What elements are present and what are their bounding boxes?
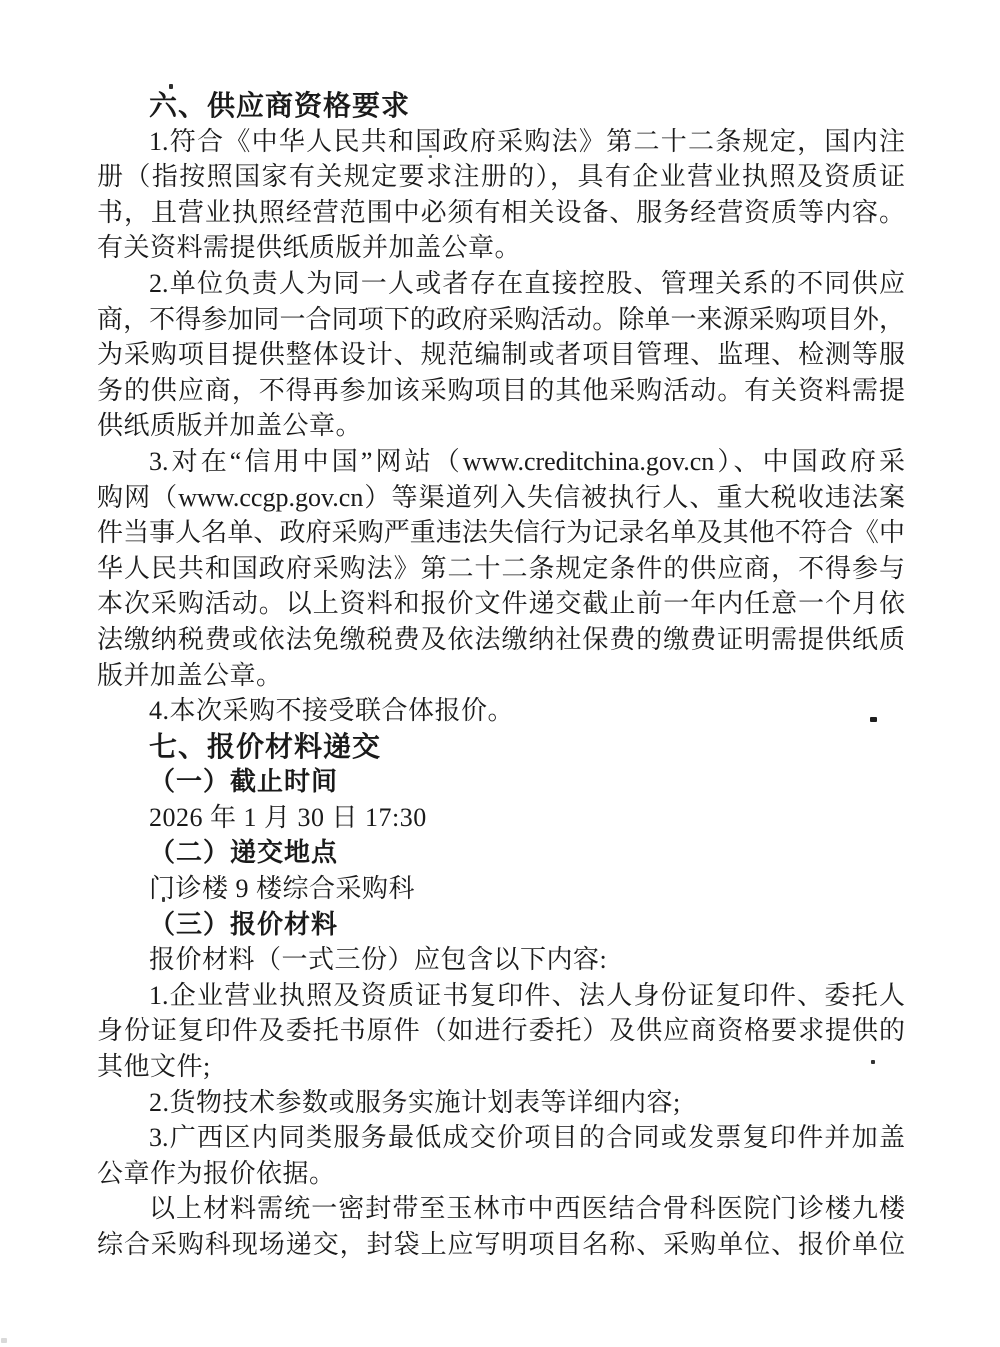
s6-p2-line: 为采购项目提供整体设计、规范编制或者项目管理、监理、检测等服 — [97, 337, 905, 373]
location-value: 门诊楼 9 楼综合采购科 — [97, 871, 905, 907]
s6-p3-line: 法缴纳税费或依法免缴税费及依法缴纳社保费的缴费证明需提供纸质 — [97, 622, 905, 658]
s6-p3-line: 3.对在“信用中国”网站（www.creditchina.gov.cn）、中国政… — [97, 444, 905, 480]
s6-p1-line: 书，且营业执照经营范围中必须有相关设备、服务经营资质等内容。 — [97, 195, 905, 231]
subheading-materials: （三）报价材料 — [97, 907, 905, 943]
subheading-location: （二）递交地点 — [97, 835, 905, 871]
materials-intro: 报价材料（一式三份）应包含以下内容: — [97, 942, 905, 978]
s6-p3-line: 版并加盖公章。 — [97, 658, 905, 694]
s6-p2-line: 务的供应商，不得再参加该采购项目的其他采购活动。有关资料需提 — [97, 373, 905, 409]
s7-item3-line: 公章作为报价依据。 — [97, 1156, 905, 1192]
s6-p1-line: 册（指按照国家有关规定要求注册的），具有企业营业执照及资质证 — [97, 159, 905, 195]
s7-item2-line: 2.货物技术参数或服务实施计划表等详细内容; — [97, 1085, 905, 1121]
s6-p2-line: 供纸质版并加盖公章。 — [97, 408, 905, 444]
scan-speck — [871, 1060, 875, 1064]
heading-section-7: 七、报价材料递交 — [97, 729, 905, 765]
scan-speck — [162, 897, 165, 902]
s6-p4-line: 4.本次采购不接受联合体报价。 — [97, 693, 905, 729]
scan-speck — [169, 84, 173, 89]
closing-line: 综合采购科现场递交，封袋上应写明项目名称、采购单位、报价单位 — [97, 1227, 905, 1263]
s6-p1-line: 1.符合《中华人民共和国政府采购法》第二十二条规定，国内注 — [97, 124, 905, 160]
s6-p3-line: 件当事人名单、政府采购严重违法失信行为记录名单及其他不符合《中 — [97, 515, 905, 551]
s6-p2-line: 2.单位负责人为同一人或者存在直接控股、管理关系的不同供应 — [97, 266, 905, 302]
closing-line: 以上材料需统一密封带至玉林市中西医结合骨科医院门诊楼九楼 — [97, 1191, 905, 1227]
scan-speck — [870, 717, 877, 722]
scanned-document-page: 六、供应商资格要求 1.符合《中华人民共和国政府采购法》第二十二条规定，国内注 … — [0, 0, 1000, 1347]
scan-speck — [1, 1338, 7, 1343]
s6-p1-line: 有关资料需提供纸质版并加盖公章。 — [97, 230, 905, 266]
s7-item1-line: 其他文件; — [97, 1049, 905, 1085]
s6-p2-line: 商，不得参加同一合同项下的政府采购活动。除单一来源采购项目外， — [97, 302, 905, 338]
scan-speck — [429, 155, 432, 158]
subheading-deadline: （一）截止时间 — [97, 764, 905, 800]
s6-p3-line: 本次采购活动。以上资料和报价文件递交截止前一年内任意一个月依 — [97, 586, 905, 622]
deadline-value: 2026 年 1 月 30 日 17:30 — [97, 800, 905, 836]
s6-p3-line: 华人民共和国政府采购法》第二十二条规定条件的供应商，不得参与 — [97, 551, 905, 587]
s7-item1-line: 身份证复印件及委托书原件（如进行委托）及供应商资格要求提供的 — [97, 1013, 905, 1049]
s7-item1-line: 1.企业营业执照及资质证书复印件、法人身份证复印件、委托人 — [97, 978, 905, 1014]
heading-section-6: 六、供应商资格要求 — [97, 88, 905, 124]
s6-p3-line: 购网（www.ccgp.gov.cn）等渠道列入失信被执行人、重大税收违法案 — [97, 480, 905, 516]
s7-item3-line: 3.广西区内同类服务最低成交价项目的合同或发票复印件并加盖 — [97, 1120, 905, 1156]
